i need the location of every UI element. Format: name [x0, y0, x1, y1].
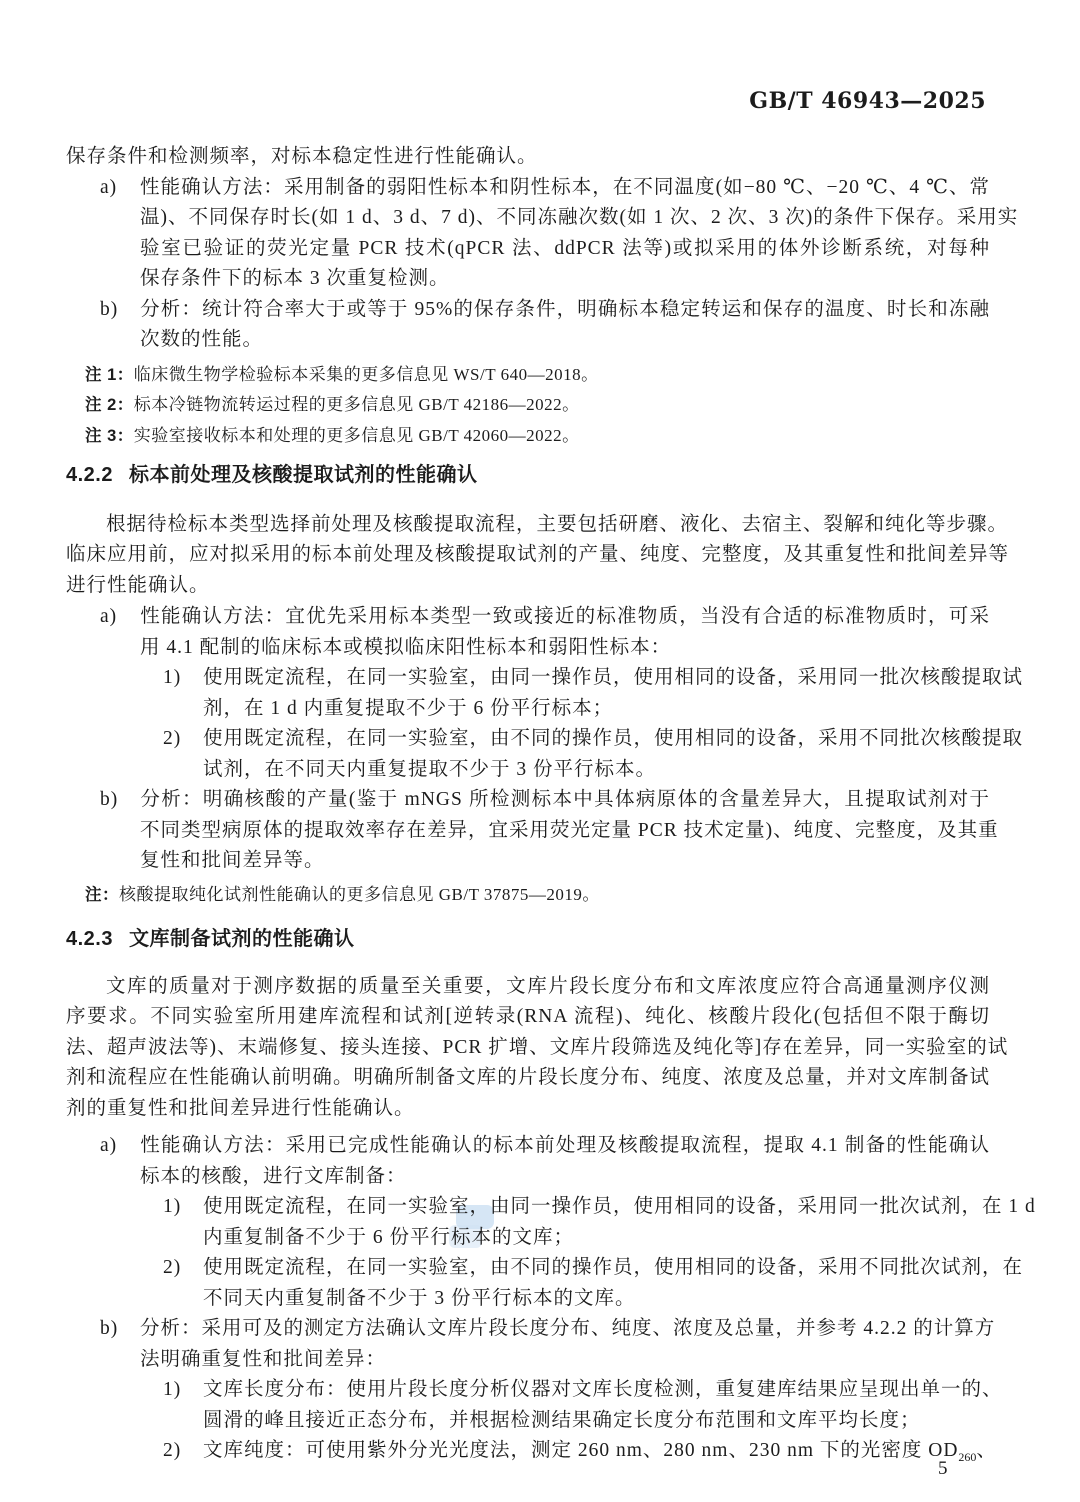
sublist-item-2-line: 2)文库纯度：可使用紫外分光光度法，测定 260 nm、280 nm、230 n… — [66, 1436, 990, 1472]
note-text: 核酸提取纯化试剂性能确认的更多信息见 GB/T 37875—2019。 — [119, 885, 600, 904]
note-label: 注 3： — [85, 427, 134, 445]
sublist-item-1-line: 圆滑的峰且接近正态分布，并根据检测结果确定长度分布范围和文库平均长度； — [66, 1406, 990, 1437]
sublist-label-2: 2) — [163, 724, 203, 755]
section-number: 4.2.2 — [66, 460, 113, 491]
list-text: 分析：采用可及的测定方法确认文库片段长度分布、纯度、浓度及总量，并参考 4.2.… — [140, 1318, 995, 1339]
note-line: 注 3：实验室接收标本和处理的更多信息见 GB/T 42060—2022。 — [66, 421, 990, 452]
note-text: 实验室接收标本和处理的更多信息见 GB/T 42060—2022。 — [134, 426, 580, 445]
list-text: 分析：统计符合率大于或等于 95%的保存条件，明确标本稳定转运和保存的温度、时长… — [140, 299, 990, 320]
list-item-b-line: 复性和批间差异等。 — [66, 846, 990, 877]
sublist-item-2-line: 不同天内重复制备不少于 3 份平行标本的文库。 — [66, 1284, 990, 1315]
notes-group: 注 1：临床微生物学检验标本采集的更多信息见 WS/T 640—2018。 注 … — [66, 360, 990, 452]
sublist-item-2-line: 试剂，在不同天内重复提取不少于 3 份平行标本。 — [66, 755, 990, 786]
list-label-a: a) — [100, 1131, 140, 1162]
paragraph-line: 序要求。不同实验室所用建库流程和试剂[逆转录(RNA 流程)、纯化、核酸片段化(… — [66, 1002, 990, 1033]
section-heading-422: 4.2.2标本前处理及核酸提取试剂的性能确认 — [66, 460, 990, 491]
sublist-item-2-line: 2)使用既定流程，在同一实验室，由不同的操作员，使用相同的设备，采用不同批次试剂… — [66, 1253, 990, 1284]
list-item-a-line: 用 4.1 配制的临床标本或模拟临床阳性标本和弱阳性标本： — [66, 633, 990, 664]
list-item-a: a)性能确认方法：采用已完成性能确认的标本前处理及核酸提取流程，提取 4.1 制… — [66, 1131, 990, 1192]
list-item-b-line: b)分析：明确核酸的产量(鉴于 mNGS 所检测标本中具体病原体的含量差异大，且… — [66, 785, 990, 816]
note-label: 注 2： — [85, 396, 134, 414]
intro-line: 保存条件和检测频率，对标本稳定性进行性能确认。 — [66, 142, 990, 173]
paragraph-line: 文库的质量对于测序数据的质量至关重要，文库片段长度分布和文库浓度应符合高通量测序… — [66, 972, 990, 1003]
list-label-b: b) — [100, 785, 140, 816]
list-text: 使用既定流程，在同一实验室，由不同的操作员，使用相同的设备，采用不同批次核酸提取 — [203, 728, 1023, 749]
note-line: 注：核酸提取纯化试剂性能确认的更多信息见 GB/T 37875—2019。 — [66, 880, 990, 911]
list-text: 性能确认方法：宜优先采用标本类型一致或接近的标准物质，当没有合适的标准物质时，可… — [140, 606, 990, 627]
section-title: 文库制备试剂的性能确认 — [129, 928, 355, 950]
list-text: 性能确认方法：采用已完成性能确认的标本前处理及核酸提取流程，提取 4.1 制备的… — [140, 1135, 990, 1156]
sublist-item-2-line: 2)使用既定流程，在同一实验室，由不同的操作员，使用相同的设备，采用不同批次核酸… — [66, 724, 990, 755]
paragraph-line: 剂的重复性和批间差异进行性能确认。 — [66, 1094, 990, 1125]
sublist-item-1-line: 剂，在 1 d 内重复提取不少于 6 份平行标本； — [66, 694, 990, 725]
list-item-a: a)性能确认方法：宜优先采用标本类型一致或接近的标准物质，当没有合适的标准物质时… — [66, 602, 990, 663]
list-item-b-line: b)分析：统计符合率大于或等于 95%的保存条件，明确标本稳定转运和保存的温度、… — [66, 295, 990, 326]
sublist-label-2: 2) — [163, 1253, 203, 1284]
list-text: 文库长度分布：使用片段长度分析仪器对文库长度检测，重复建库结果应呈现出单一的、 — [203, 1379, 1003, 1400]
list-item-a-line: 保存条件下的标本 3 次重复检测。 — [66, 264, 990, 295]
sublist-item-1-line: 内重复制备不少于 6 份平行标本的文库； — [66, 1223, 990, 1254]
list-text: 性能确认方法：采用制备的弱阳性标本和阴性标本，在不同温度(如−80 ℃、−20 … — [140, 177, 990, 198]
list-text-tail: 、 — [976, 1440, 997, 1461]
list-text: 使用既定流程，在同一实验室，由同一操作员，使用相同的设备，采用同一批次试剂，在 … — [203, 1196, 1036, 1217]
note-label: 注： — [85, 886, 119, 904]
sublist-item-1-line: 1)使用既定流程，在同一实验室，由同一操作员，使用相同的设备，采用同一批次试剂，… — [66, 1192, 990, 1223]
note-label: 注 1： — [85, 366, 134, 384]
list-label-a: a) — [100, 602, 140, 633]
note-line: 注 1：临床微生物学检验标本采集的更多信息见 WS/T 640—2018。 — [66, 360, 990, 391]
page-content: 保存条件和检测频率，对标本稳定性进行性能确认。 a)性能确认方法：采用制备的弱阳… — [66, 142, 990, 1472]
list-label-b: b) — [100, 1314, 140, 1345]
document-page: GB/T 46943—2025 保存条件和检测频率，对标本稳定性进行性能确认。 … — [0, 0, 1080, 1502]
list-text: 使用既定流程，在同一实验室，由不同的操作员，使用相同的设备，采用不同批次试剂，在 — [203, 1257, 1023, 1278]
list-item-a-line: a)性能确认方法：宜优先采用标本类型一致或接近的标准物质，当没有合适的标准物质时… — [66, 602, 990, 633]
list-item-a-line: a)性能确认方法：采用制备的弱阳性标本和阴性标本，在不同温度(如−80 ℃、−2… — [66, 173, 990, 204]
section-heading-423: 4.2.3文库制备试剂的性能确认 — [66, 924, 990, 955]
list-item-b-line: 次数的性能。 — [66, 325, 990, 356]
note-text: 临床微生物学检验标本采集的更多信息见 WS/T 640—2018。 — [134, 365, 599, 384]
section-number: 4.2.3 — [66, 924, 113, 955]
section-paragraph: 根据待检标本类型选择前处理及核酸提取流程，主要包括研磨、液化、去宿主、裂解和纯化… — [66, 510, 990, 602]
list-item-a-line: 温)、不同保存时长(如 1 d、3 d、7 d)、不同冻融次数(如 1 次、2 … — [66, 203, 990, 234]
paragraph-line: 法、超声波法等)、末端修复、接头连接、PCR 扩增、文库片段筛选及纯化等]存在差… — [66, 1033, 990, 1064]
sublist-label-2: 2) — [163, 1436, 203, 1467]
list-label-b: b) — [100, 295, 140, 326]
list-item-a-line: 验室已验证的荧光定量 PCR 技术(qPCR 法、ddPCR 法等)或拟采用的体… — [66, 234, 990, 265]
list-item-b-line: b)分析：采用可及的测定方法确认文库片段长度分布、纯度、浓度及总量，并参考 4.… — [66, 1314, 990, 1345]
note-text: 标本冷链物流转运过程的更多信息见 GB/T 42186—2022。 — [134, 395, 580, 414]
list-item-a-line: a)性能确认方法：采用已完成性能确认的标本前处理及核酸提取流程，提取 4.1 制… — [66, 1131, 990, 1162]
sublist-label-1: 1) — [163, 663, 203, 694]
section-title: 标本前处理及核酸提取试剂的性能确认 — [129, 464, 478, 486]
sublist-item-1-line: 1)文库长度分布：使用片段长度分析仪器对文库长度检测，重复建库结果应呈现出单一的… — [66, 1375, 990, 1406]
paragraph-line: 剂和流程应在性能确认前明确。明确所制备文库的片段长度分布、纯度、浓度及总量，并对… — [66, 1063, 990, 1094]
list-item-b-line: 不同类型病原体的提取效率存在差异，宜采用荧光定量 PCR 技术定量)、纯度、完整… — [66, 816, 990, 847]
list-text: 分析：明确核酸的产量(鉴于 mNGS 所检测标本中具体病原体的含量差异大，且提取… — [140, 789, 990, 810]
list-item-a-line: 标本的核酸，进行文库制备： — [66, 1162, 990, 1193]
list-text: 文库纯度：可使用紫外分光光度法，测定 260 nm、280 nm、230 nm … — [203, 1440, 958, 1461]
sublist-label-1: 1) — [163, 1375, 203, 1406]
section-paragraph: 文库的质量对于测序数据的质量至关重要，文库片段长度分布和文库浓度应符合高通量测序… — [66, 972, 990, 1125]
paragraph-line: 进行性能确认。 — [66, 571, 990, 602]
sublist-label-1: 1) — [163, 1192, 203, 1223]
paragraph-line: 根据待检标本类型选择前处理及核酸提取流程，主要包括研磨、液化、去宿主、裂解和纯化… — [66, 510, 990, 541]
document-header: GB/T 46943—2025 — [749, 88, 986, 114]
note-line: 注 2：标本冷链物流转运过程的更多信息见 GB/T 42186—2022。 — [66, 390, 990, 421]
od-subscript: 260 — [958, 1450, 976, 1464]
list-item-b-line: 法明确重复性和批间差异： — [66, 1345, 990, 1376]
sublist-item-1-line: 1)使用既定流程，在同一实验室，由同一操作员，使用相同的设备，采用同一批次核酸提… — [66, 663, 990, 694]
list-label-a: a) — [100, 173, 140, 204]
standard-number: GB/T 46943—2025 — [749, 88, 986, 114]
list-text: 使用既定流程，在同一实验室，由同一操作员，使用相同的设备，采用同一批次核酸提取试 — [203, 667, 1023, 688]
paragraph-line: 临床应用前，应对拟采用的标本前处理及核酸提取试剂的产量、纯度、完整度，及其重复性… — [66, 540, 990, 571]
page-number: 5 — [938, 1458, 948, 1480]
